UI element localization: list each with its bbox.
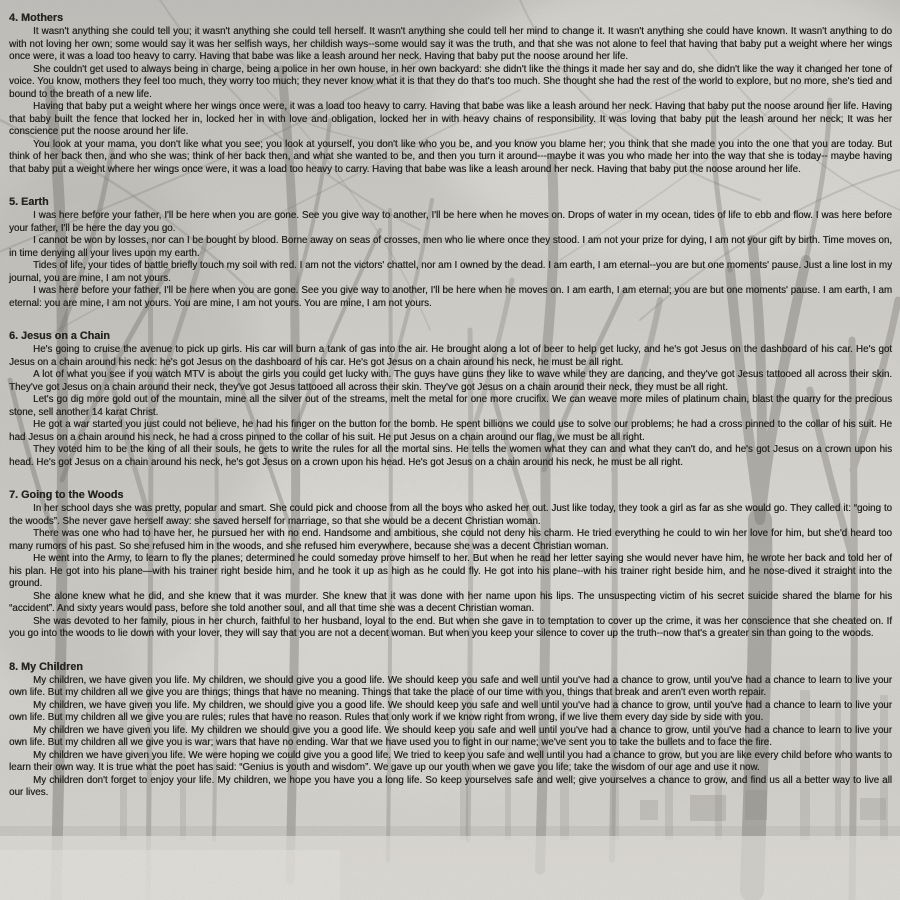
lyric-paragraph: My children, we have given you life. My … [9,675,892,700]
song-title: 6. Jesus on a Chain [9,330,892,343]
song-title: 8. My Children [9,661,892,674]
lyric-paragraph: They voted him to be the king of all the… [9,444,892,469]
lyric-paragraph: Let's go dig more gold out of the mounta… [9,394,892,419]
lyric-paragraph: He got a war started you just could not … [9,419,892,444]
lyric-paragraph: I cannot be won by losses, nor can I be … [9,235,892,260]
lyric-paragraph: She alone knew what he did, and she knew… [9,591,892,616]
song-title: 7. Going to the Woods [9,489,892,502]
lyric-paragraph: He went into the Army, to learn to fly t… [9,553,892,591]
lyric-paragraph: My children don't forget to enjoy your l… [9,775,892,800]
song-section-my-children: 8. My Children My children, we have give… [9,661,892,800]
song-section-earth: 5. Earth I was here before your father, … [9,196,892,310]
lyric-paragraph: There was one who had to have her, he pu… [9,528,892,553]
song-section-jesus-on-a-chain: 6. Jesus on a Chain He's going to cruise… [9,330,892,469]
lyric-paragraph: I was here before your father, I'll be h… [9,285,892,310]
song-title: 4. Mothers [9,12,892,25]
lyric-paragraph: In her school days she was pretty, popul… [9,503,892,528]
song-section-going-to-the-woods: 7. Going to the Woods In her school days… [9,489,892,641]
lyric-paragraph: He's going to cruise the avenue to pick … [9,344,892,369]
lyric-paragraph: It wasn't anything she could tell you; i… [9,26,892,64]
lyric-paragraph: I was here before your father, I'll be h… [9,210,892,235]
lyric-paragraph: My children we have given you life. We w… [9,750,892,775]
lyric-paragraph: A lot of what you see if you watch MTV i… [9,369,892,394]
song-section-mothers: 4. Mothers It wasn't anything she could … [9,12,892,176]
liner-notes-page: 4. Mothers It wasn't anything she could … [0,0,900,900]
song-title: 5. Earth [9,196,892,209]
lyric-paragraph: You look at your mama, you don't like wh… [9,139,892,177]
lyric-paragraph: She couldn't get used to always being in… [9,64,892,102]
lyric-paragraph: Tides of life, your tides of battle brie… [9,260,892,285]
lyric-paragraph: Having that baby put a weight where her … [9,101,892,139]
lyric-paragraph: My children we have given you life. My c… [9,725,892,750]
lyric-paragraph: My children, we have given you life. My … [9,700,892,725]
lyric-paragraph: She was devoted to her family, pious in … [9,616,892,641]
